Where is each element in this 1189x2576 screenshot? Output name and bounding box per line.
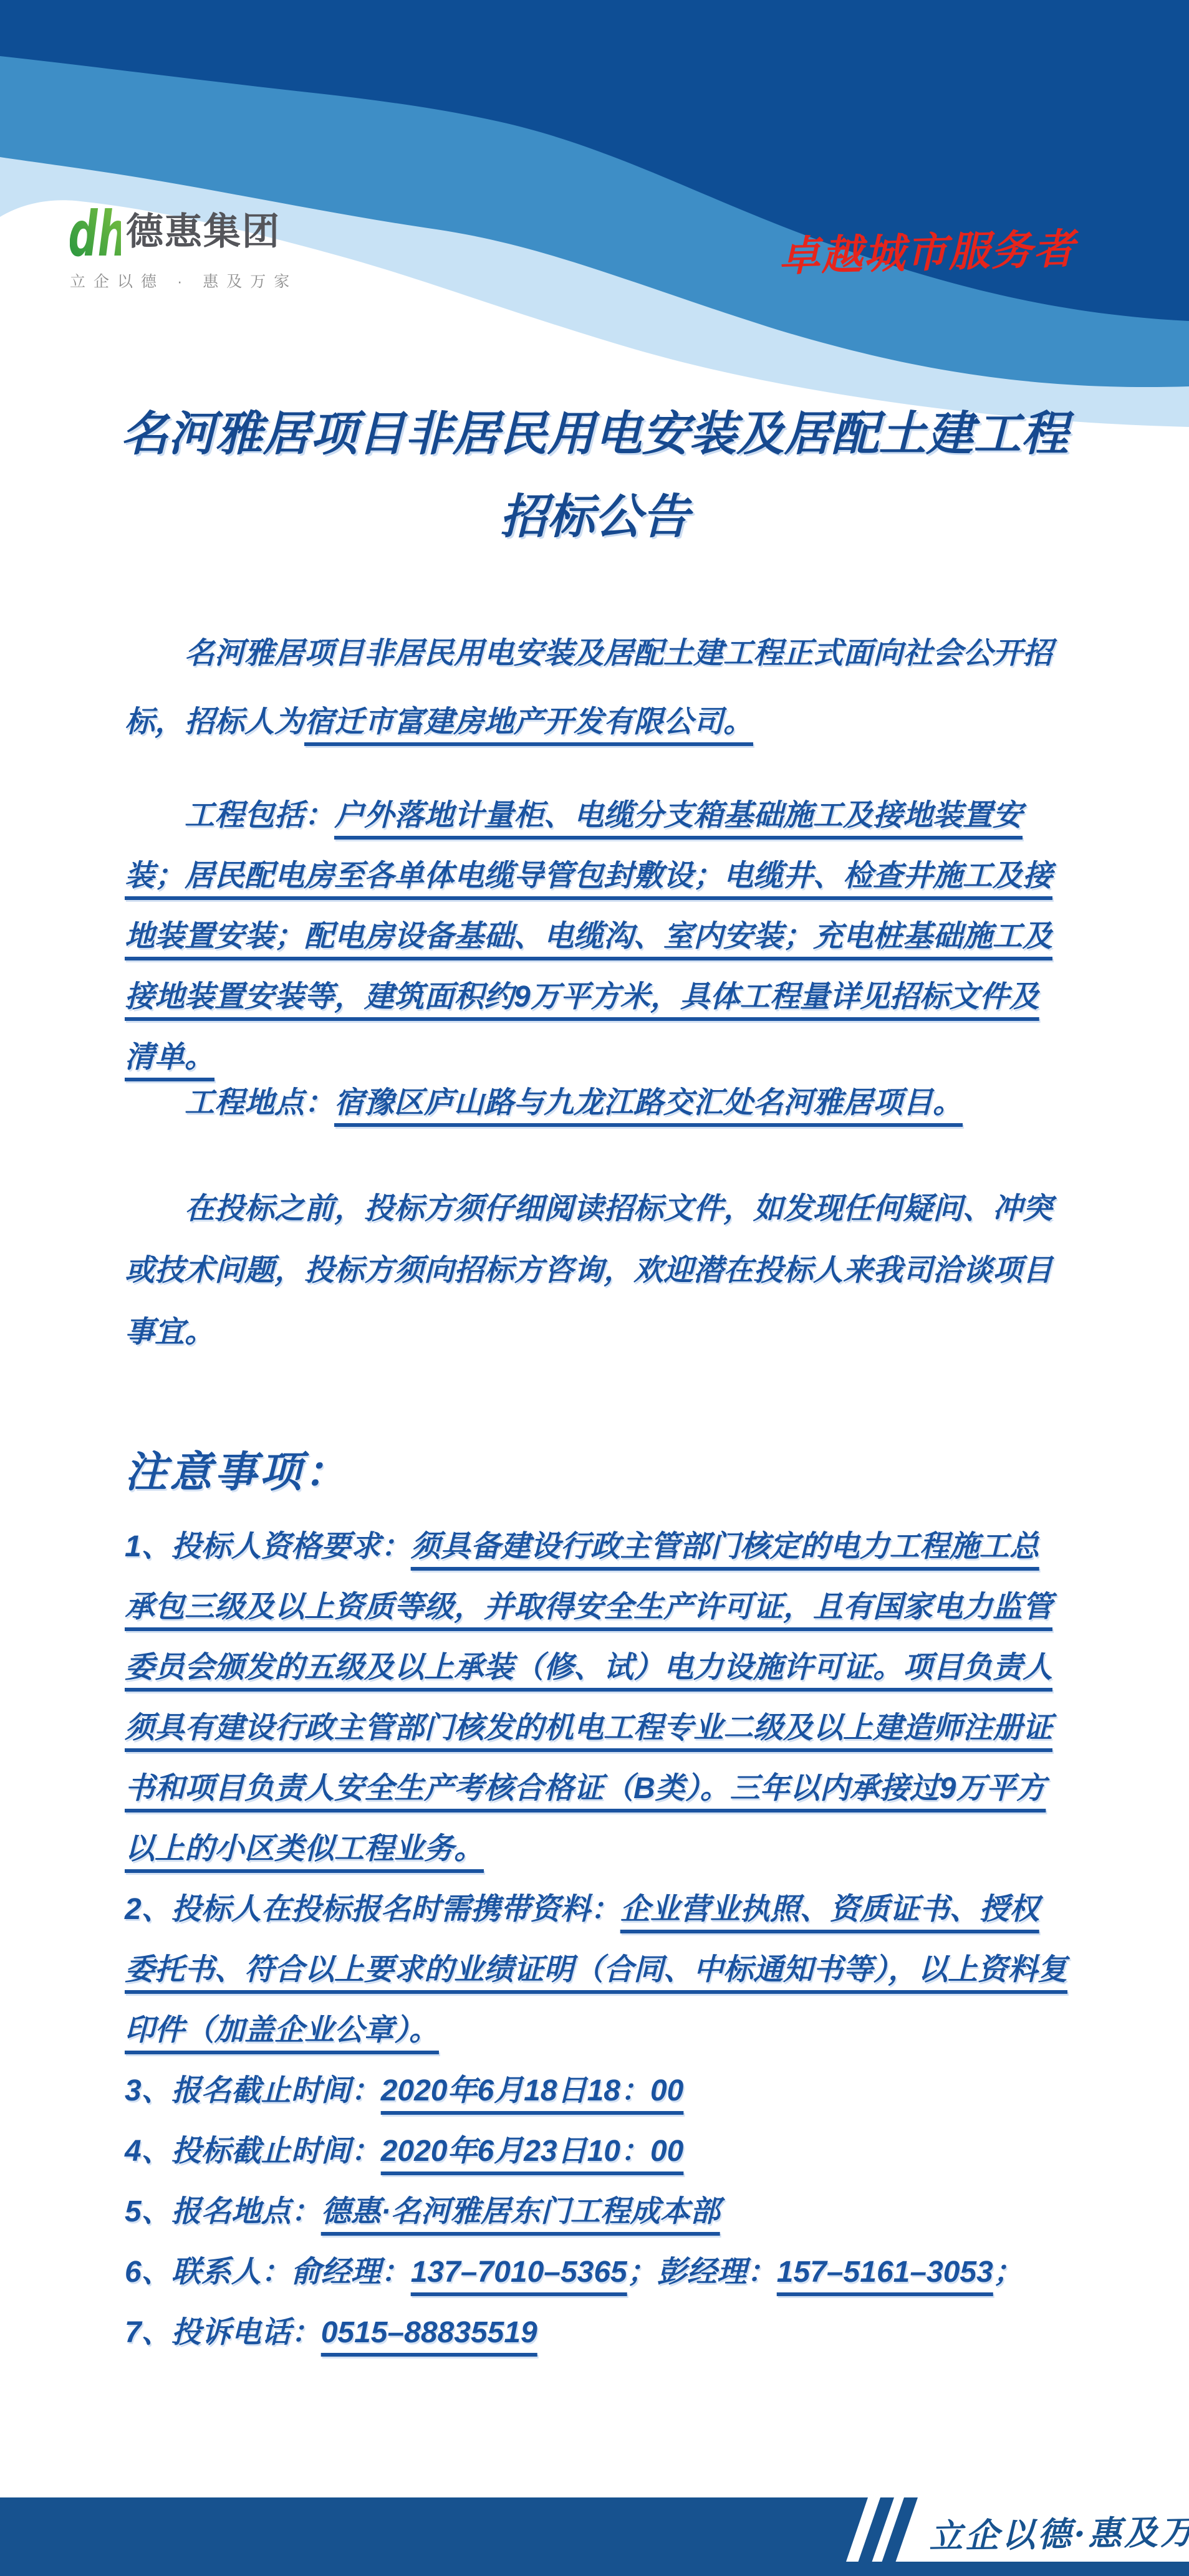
note-item-3: 3、报名截止时间：2020年6月18日18：00 [125, 2061, 1067, 2121]
note7-label: 7、投诉电话： [125, 2316, 321, 2349]
footer-bottom-bar [0, 2562, 1189, 2576]
title-line1: 名河雅居项目非居民用电安装及居配土建工程 [121, 408, 1069, 461]
red-slogan: 卓越城市服务者 [778, 216, 1076, 282]
advice-paragraph: 在投标之前，投标方须仔细阅读招标文件，如发现任何疑问、冲突或技术问题，投标方须向… [125, 1178, 1067, 1363]
note1-requirements: 须具备建设行政主管部门核定的电力工程施工总承包三级及以上资质等级，并取得安全生产… [125, 1530, 1052, 1865]
company-tagline: 立企以德 · 惠及万家 [70, 269, 297, 292]
registration-deadline: 2020年6月18日18：00 [381, 2074, 684, 2107]
notes-list: 1、投标人资格要求：须具备建设行政主管部门核定的电力工程施工总承包三级及以上资质… [125, 1516, 1067, 2363]
scope-details: 户外落地计量柜、电缆分支箱基础施工及接地装置安装；居民配电房至各单体电缆导管包封… [125, 799, 1052, 1074]
note-item-7: 7、投诉电话：0515–88835519 [125, 2302, 1067, 2363]
note-item-2: 2、投标人在投标报名时需携带资料：企业营业执照、资质证书、授权委托书、符合以上要… [125, 1879, 1067, 2061]
scope-label: 工程包括： [185, 799, 334, 832]
note6-mid: ；彭经理： [627, 2256, 777, 2289]
dh-logo-icon: dh [70, 201, 121, 261]
registration-address: 德惠·名河雅居东门工程成本部 [321, 2195, 720, 2228]
page-title: 名河雅居项目非居民用电安装及居配土建工程 招标公告 [0, 393, 1189, 558]
footer: 立企以德·惠及万家 [0, 2497, 1189, 2576]
note-item-4: 4、投标截止时间：2020年6月23日10：00 [125, 2121, 1067, 2181]
scope-paragraph: 工程包括：户外落地计量柜、电缆分支箱基础施工及接地装置安装；居民配电房至各单体电… [125, 785, 1067, 1088]
note-item-5: 5、报名地点：德惠·名河雅居东门工程成本部 [125, 2181, 1067, 2242]
company-name: 德惠集团 [126, 203, 281, 261]
location-details: 宿豫区庐山路与九龙江路交汇处名河雅居项目。 [334, 1086, 963, 1119]
title-line2: 招标公告 [500, 491, 690, 543]
bidder-company-name: 宿迁市富建房地产开发有限公司。 [304, 706, 753, 739]
bid-deadline: 2020年6月23日10：00 [381, 2135, 684, 2168]
note5-label: 5、报名地点： [125, 2195, 321, 2228]
note-item-6: 6、联系人：俞经理：137–7010–5365；彭经理：157–5161–305… [125, 2242, 1067, 2302]
footer-blue-band [0, 2497, 868, 2562]
note6-end: ； [993, 2256, 1023, 2289]
svg-text:dh: dh [70, 201, 121, 261]
location-label: 工程地点： [185, 1086, 334, 1119]
notes-heading: 注意事项： [125, 1439, 349, 1499]
note3-label: 3、报名截止时间： [125, 2074, 381, 2107]
note1-label: 1、投标人资格要求： [125, 1530, 411, 1563]
complaint-phone: 0515–88835519 [321, 2316, 537, 2349]
contact-phone-2: 157–5161–3053 [777, 2256, 993, 2289]
note6-label: 6、联系人：俞经理： [125, 2256, 411, 2289]
contact-phone-1: 137–7010–5365 [411, 2256, 627, 2289]
company-logo: dh 德惠集团 立企以德 · 惠及万家 [70, 201, 297, 292]
note2-label: 2、投标人在投标报名时需携带资料： [125, 1893, 620, 1926]
location-paragraph: 工程地点：宿豫区庐山路与九龙江路交汇处名河雅居项目。 [125, 1073, 1067, 1133]
intro-paragraph: 名河雅居项目非居民用电安装及居配土建工程正式面向社会公开招标，招标人为宿迁市富建… [125, 620, 1067, 757]
note4-label: 4、投标截止时间： [125, 2135, 381, 2168]
note-item-1: 1、投标人资格要求：须具备建设行政主管部门核定的电力工程施工总承包三级及以上资质… [125, 1516, 1067, 1879]
footer-slogan: 立企以德·惠及万家 [928, 2505, 1189, 2558]
